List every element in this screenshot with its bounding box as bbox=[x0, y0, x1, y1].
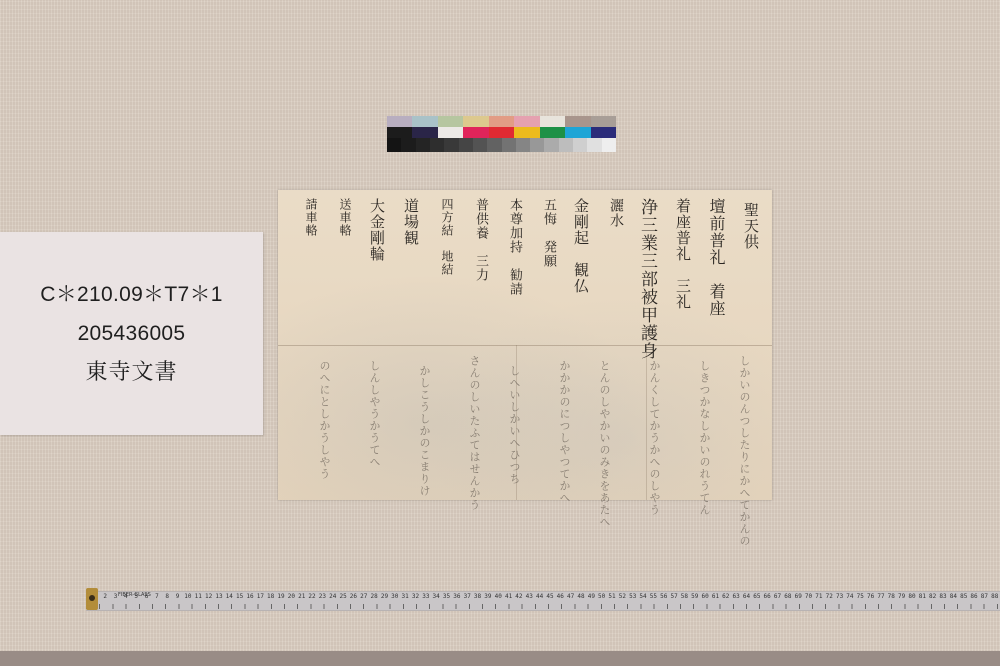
ruler-tick-label: 43 bbox=[524, 593, 534, 605]
color-swatch bbox=[463, 127, 488, 138]
grayscale-strip bbox=[387, 138, 616, 152]
ruler-tick-label: 52 bbox=[617, 593, 627, 605]
ruler-tick-label: 41 bbox=[503, 593, 513, 605]
gray-swatch bbox=[602, 138, 616, 152]
color-chart-top-row bbox=[387, 116, 616, 127]
ruler-tick-label: 5 bbox=[131, 593, 141, 605]
ruler-tick-label: 17 bbox=[255, 593, 265, 605]
document-column: 普供養 三力 bbox=[471, 198, 490, 282]
document-column: 送車輅 bbox=[337, 198, 354, 237]
ruler-tick-label: 18 bbox=[266, 593, 276, 605]
ruler-tick-label: 81 bbox=[917, 593, 927, 605]
ruler-tick-label: 10 bbox=[183, 593, 193, 605]
gray-swatch bbox=[487, 138, 501, 152]
gray-swatch bbox=[530, 138, 544, 152]
ruler-tick-label: 63 bbox=[731, 593, 741, 605]
ruler-tick-label: 28 bbox=[369, 593, 379, 605]
ruler-tick-label: 53 bbox=[628, 593, 638, 605]
ruler-tick-label: 8 bbox=[162, 593, 172, 605]
ruler-tick-label: 21 bbox=[297, 593, 307, 605]
ruler-tick-label: 39 bbox=[483, 593, 493, 605]
cursive-annotation: かかかのにつしやつてかへ bbox=[556, 360, 572, 504]
ruler-tick-label: 73 bbox=[834, 593, 844, 605]
document-column: 大金剛輪 bbox=[367, 198, 388, 262]
ruler-tick-label: 15 bbox=[234, 593, 244, 605]
ruler-tick-label: 24 bbox=[328, 593, 338, 605]
gray-swatch bbox=[387, 138, 401, 152]
color-swatch bbox=[514, 116, 539, 127]
gray-swatch bbox=[502, 138, 516, 152]
ruler-tick-label: 54 bbox=[638, 593, 648, 605]
ruler-tick-label: 16 bbox=[245, 593, 255, 605]
ruler-tick-label: 3 bbox=[110, 593, 120, 605]
ruler-tick-label: 23 bbox=[317, 593, 327, 605]
ruler-tick-label: 75 bbox=[855, 593, 865, 605]
catalog-label-card: C＊210.09＊T7＊1 205436005 東寺文書 bbox=[0, 232, 263, 435]
gray-swatch bbox=[559, 138, 573, 152]
ruler-tick-label: 33 bbox=[421, 593, 431, 605]
gray-swatch bbox=[416, 138, 430, 152]
ruler-scale: 2345678910111213141516171819202122232425… bbox=[100, 593, 1000, 605]
document-column: 五悔 発願 bbox=[539, 198, 558, 268]
ruler-tick-label: 20 bbox=[286, 593, 296, 605]
ruler-tick-label: 68 bbox=[783, 593, 793, 605]
color-swatch bbox=[387, 127, 412, 138]
ruler-tick-label: 87 bbox=[979, 593, 989, 605]
gray-swatch bbox=[544, 138, 558, 152]
ruler-tick-label: 42 bbox=[514, 593, 524, 605]
ruler-tick-label: 84 bbox=[948, 593, 958, 605]
document-column: 道場観 bbox=[401, 198, 422, 246]
ruler-tick-label: 51 bbox=[607, 593, 617, 605]
color-swatch bbox=[438, 116, 463, 127]
color-swatch bbox=[540, 116, 565, 127]
ruler-tick-label: 64 bbox=[741, 593, 751, 605]
ruler-tick-label: 12 bbox=[203, 593, 213, 605]
ruler-tick-label: 80 bbox=[907, 593, 917, 605]
ruler-tick-label: 13 bbox=[214, 593, 224, 605]
ruler-tick-label: 86 bbox=[969, 593, 979, 605]
ruler-tick-label: 9 bbox=[172, 593, 182, 605]
color-swatch bbox=[514, 127, 539, 138]
ruler-tick-label: 79 bbox=[896, 593, 906, 605]
ruler-tick-label: 30 bbox=[390, 593, 400, 605]
ruler-tick-label: 74 bbox=[845, 593, 855, 605]
ruler-tick-label: 14 bbox=[224, 593, 234, 605]
gray-swatch bbox=[587, 138, 601, 152]
ruler-tick-label: 40 bbox=[493, 593, 503, 605]
color-swatch bbox=[489, 116, 514, 127]
document-column: 請車輅 bbox=[303, 198, 320, 237]
ruler-tick-label: 77 bbox=[876, 593, 886, 605]
ruler-tick-label: 57 bbox=[669, 593, 679, 605]
gray-swatch bbox=[459, 138, 473, 152]
ruler-tick-label: 47 bbox=[565, 593, 575, 605]
document-column: 金剛起 観仏 bbox=[571, 198, 592, 294]
ruler-tick-label: 50 bbox=[597, 593, 607, 605]
ruler-tick-label: 36 bbox=[452, 593, 462, 605]
ruler-tick-label: 34 bbox=[431, 593, 441, 605]
ruler-tick-label: 19 bbox=[276, 593, 286, 605]
cursive-annotation: とんのしやかいのみきをあたへ bbox=[596, 360, 612, 528]
gray-swatch bbox=[444, 138, 458, 152]
ruler-tick-label: 48 bbox=[576, 593, 586, 605]
color-swatch bbox=[387, 116, 412, 127]
ruler-tick-label: 67 bbox=[772, 593, 782, 605]
cursive-annotation: しへいしかいへひつち bbox=[506, 365, 522, 485]
ruler-tick-label: 70 bbox=[803, 593, 813, 605]
id-number: 205436005 bbox=[78, 323, 186, 344]
cursive-annotation: かしこうしかのこまりけ bbox=[416, 365, 432, 497]
color-chart-middle-row bbox=[387, 127, 616, 138]
ruler-tick-label: 85 bbox=[959, 593, 969, 605]
historical-document: 聖天供壇前普礼 着座着座普礼 三礼浄三業三部被甲護身灑水金剛起 観仏五悔 発願本… bbox=[278, 190, 772, 500]
cursive-annotation: さんのしいたふてはせんかう bbox=[466, 355, 482, 511]
cursive-annotation: のへにとしかうしやう bbox=[316, 360, 332, 480]
ruler-tick-label: 71 bbox=[814, 593, 824, 605]
cursive-annotation: しかいのんつしたりにかへてかんの bbox=[736, 355, 752, 547]
ruler-tick-label: 31 bbox=[400, 593, 410, 605]
ruler-tick-label: 22 bbox=[307, 593, 317, 605]
color-swatch bbox=[540, 127, 565, 138]
ruler-tick-label: 2 bbox=[100, 593, 110, 605]
ruler-tick-label: 78 bbox=[886, 593, 896, 605]
cursive-annotation: しんしやうかうてへ bbox=[366, 360, 382, 468]
document-column: 聖天供 bbox=[741, 202, 762, 250]
ruler-tick-label: 26 bbox=[348, 593, 358, 605]
document-column: 着座普礼 三礼 bbox=[673, 198, 694, 310]
ruler-tick-label: 38 bbox=[472, 593, 482, 605]
color-swatch bbox=[412, 127, 437, 138]
color-calibration-chart bbox=[387, 116, 616, 152]
ruler-tick-label: 7 bbox=[152, 593, 162, 605]
ruler-tick-label: 88 bbox=[990, 593, 1000, 605]
ruler-tick-label: 61 bbox=[710, 593, 720, 605]
gray-swatch bbox=[573, 138, 587, 152]
color-swatch bbox=[438, 127, 463, 138]
color-swatch bbox=[463, 116, 488, 127]
ruler-tick-label: 44 bbox=[534, 593, 544, 605]
gray-swatch bbox=[401, 138, 415, 152]
gray-swatch bbox=[430, 138, 444, 152]
ruler-tick-label: 82 bbox=[928, 593, 938, 605]
ruler-tick-label: 35 bbox=[441, 593, 451, 605]
ruler-tick-label: 6 bbox=[141, 593, 151, 605]
ruler-tick-label: 46 bbox=[555, 593, 565, 605]
ruler-tick-label: 66 bbox=[762, 593, 772, 605]
document-column: 四方結 地結 bbox=[439, 198, 456, 276]
ruler-tick-label: 69 bbox=[793, 593, 803, 605]
color-swatch bbox=[591, 116, 616, 127]
gray-swatch bbox=[516, 138, 530, 152]
document-column: 灑水 bbox=[606, 198, 626, 228]
ruler-tick-label: 55 bbox=[648, 593, 658, 605]
fold-line bbox=[278, 345, 772, 346]
document-column: 本尊加持 勧請 bbox=[505, 198, 524, 296]
cursive-annotation: しきつかなしかいのれうてん bbox=[696, 360, 712, 516]
call-number: C＊210.09＊T7＊1 bbox=[40, 284, 222, 305]
color-swatch bbox=[489, 127, 514, 138]
ruler-tick-label: 27 bbox=[359, 593, 369, 605]
ruler-tick-label: 45 bbox=[545, 593, 555, 605]
table-edge bbox=[0, 651, 1000, 666]
ruler-tick-label: 62 bbox=[721, 593, 731, 605]
collection-name: 東寺文書 bbox=[85, 362, 177, 384]
color-swatch bbox=[412, 116, 437, 127]
color-swatch bbox=[591, 127, 616, 138]
color-swatch bbox=[565, 116, 590, 127]
ruler-tick-label: 72 bbox=[824, 593, 834, 605]
ruler-tick-label: 76 bbox=[865, 593, 875, 605]
ruler-tick-label: 83 bbox=[938, 593, 948, 605]
color-swatch bbox=[565, 127, 590, 138]
ruler-tick-label: 65 bbox=[752, 593, 762, 605]
ruler-tick-label: 4 bbox=[121, 593, 131, 605]
document-column: 壇前普礼 着座 bbox=[705, 198, 728, 317]
ruler-tick-label: 60 bbox=[700, 593, 710, 605]
ruler-tick-label: 56 bbox=[659, 593, 669, 605]
ruler-tick-label: 25 bbox=[338, 593, 348, 605]
gray-swatch bbox=[473, 138, 487, 152]
ruler-tick-label: 29 bbox=[379, 593, 389, 605]
ruler-tick-label: 11 bbox=[193, 593, 203, 605]
ruler-tick-label: 58 bbox=[679, 593, 689, 605]
ruler-tick-label: 37 bbox=[462, 593, 472, 605]
ruler-tick-label: 32 bbox=[410, 593, 420, 605]
ruler-tick-label: 59 bbox=[690, 593, 700, 605]
ruler-clip bbox=[86, 588, 98, 610]
cursive-annotation: かんくしてかうかへのしやう bbox=[646, 360, 662, 516]
ruler-tick-label: 49 bbox=[586, 593, 596, 605]
document-column: 浄三業三部被甲護身 bbox=[635, 198, 660, 360]
